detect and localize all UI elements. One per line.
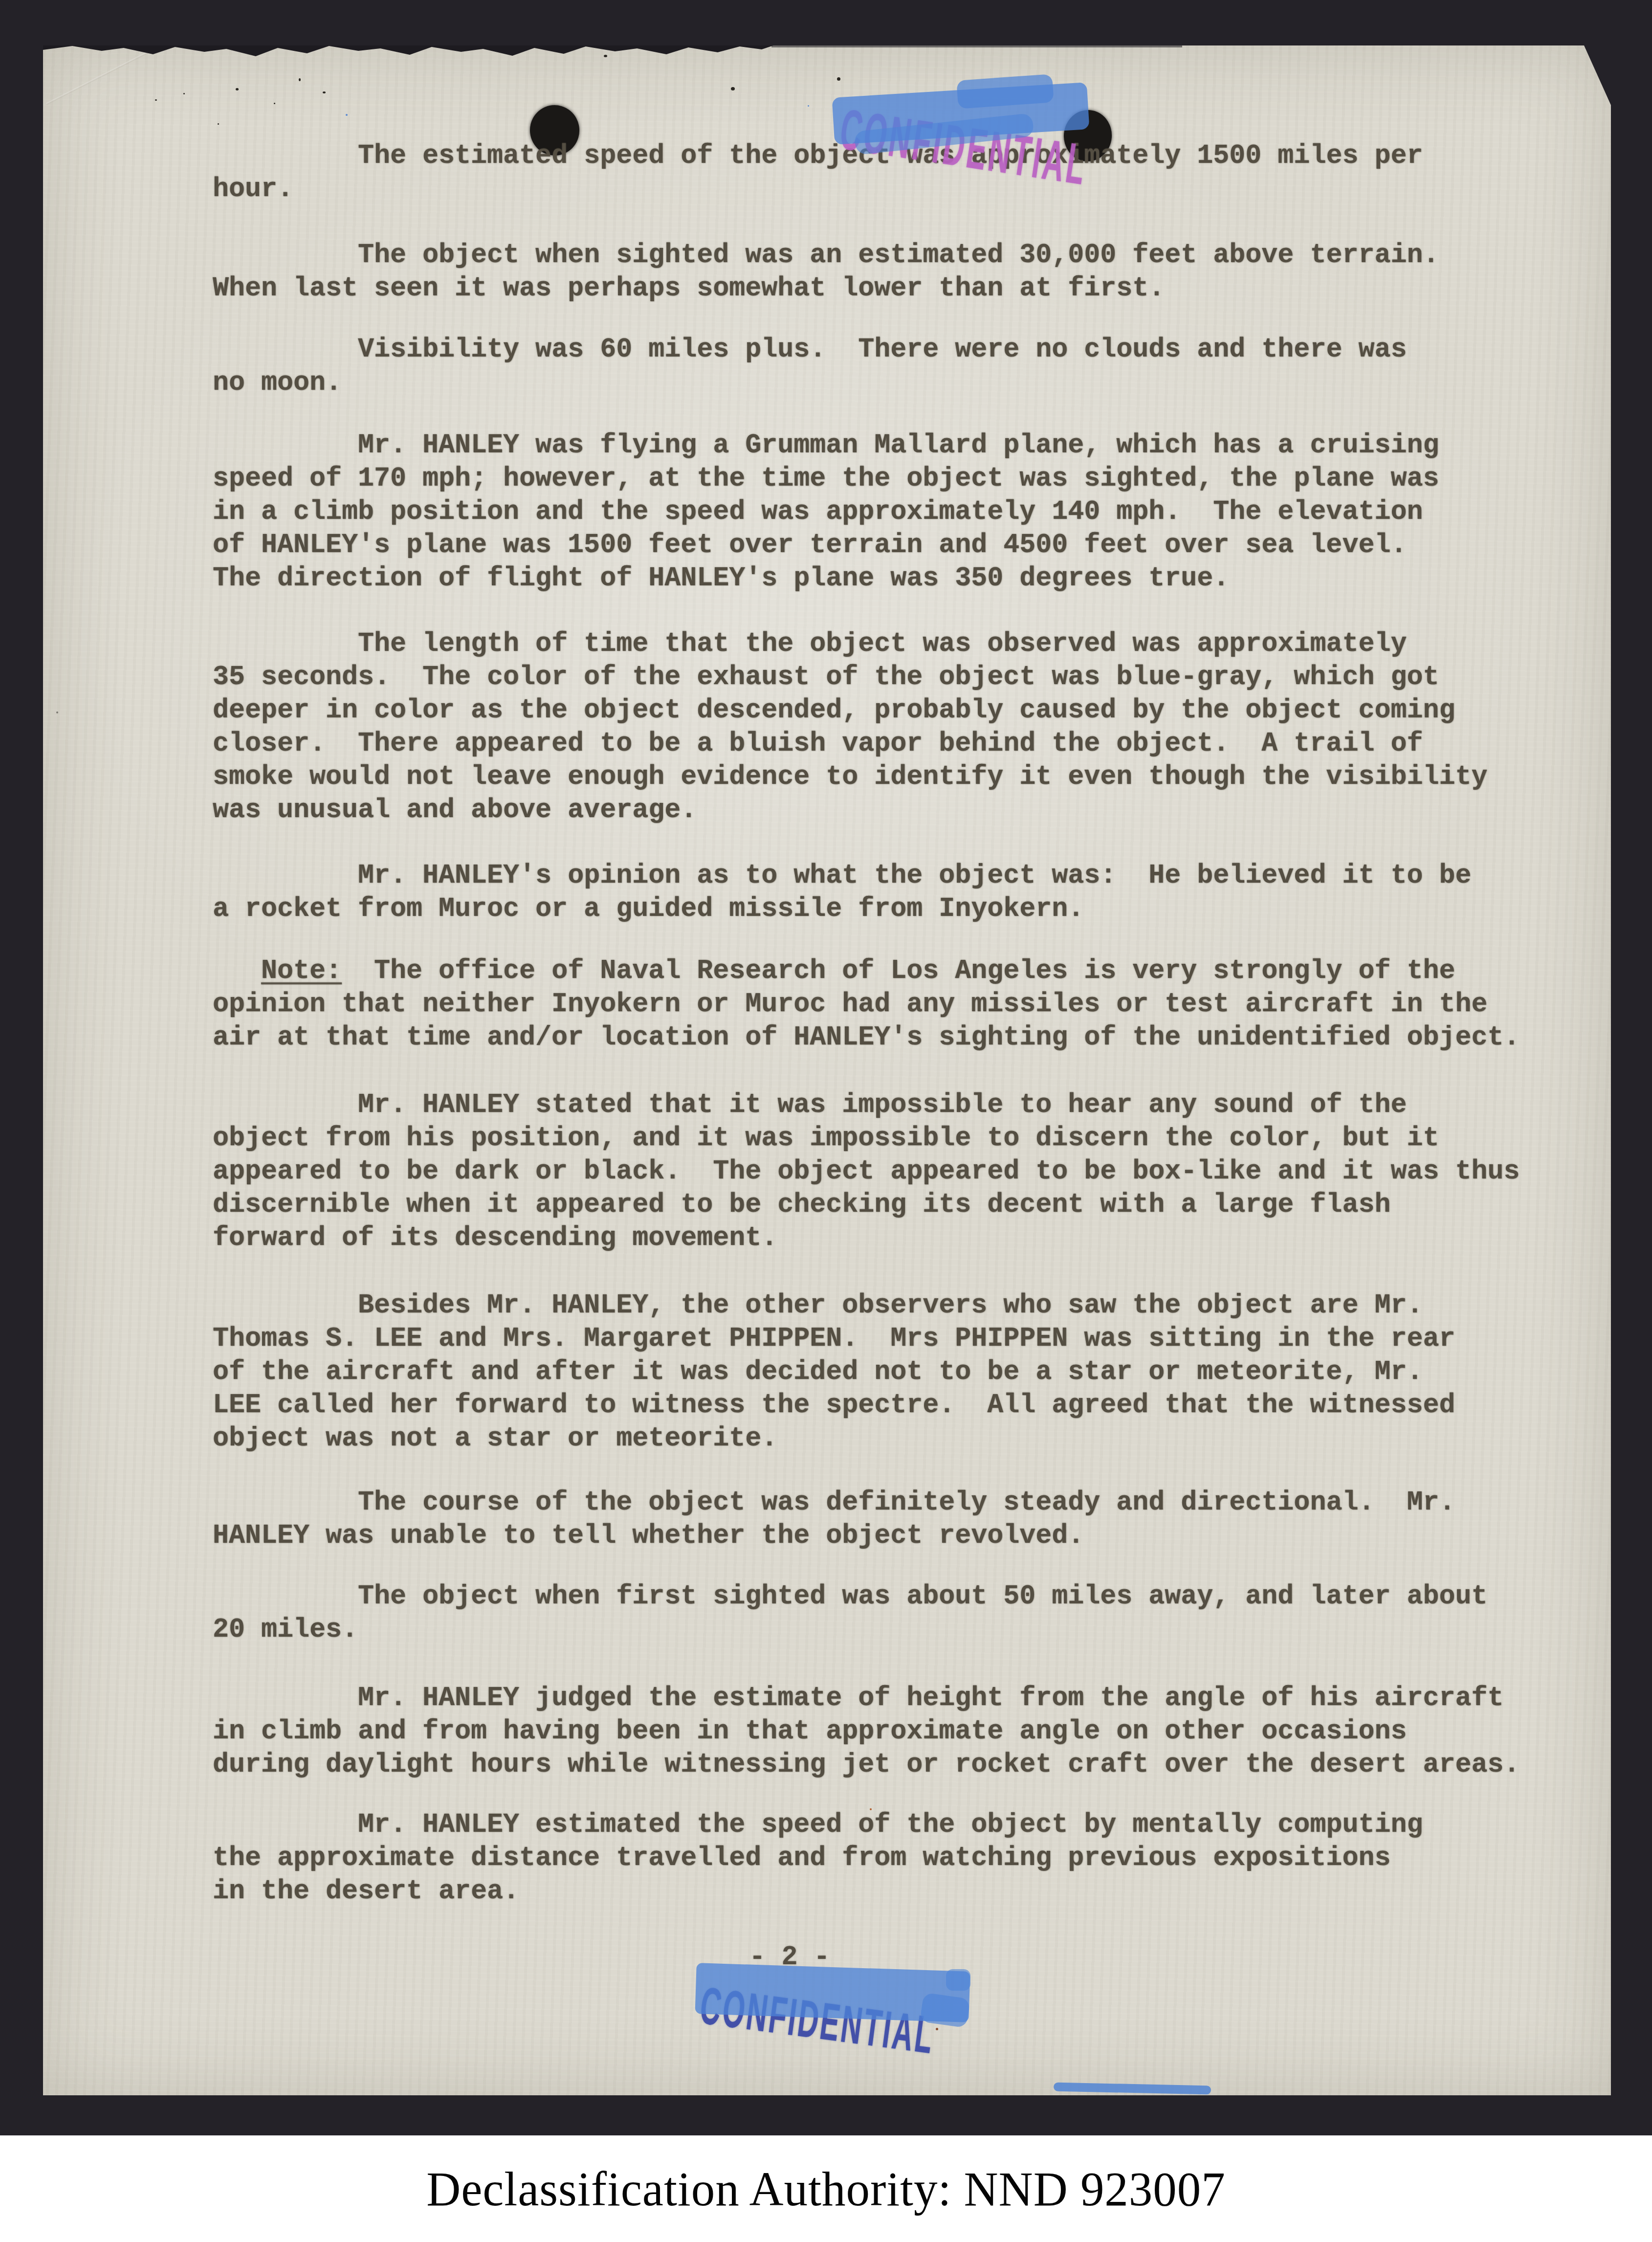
torn-top-edge [43,44,776,57]
paragraph: Mr. HANLEY's opinion as to what the obje… [213,859,1591,926]
declassification-footer: Declassification Authority: NND 923007 [0,2135,1652,2242]
ink-speck [155,99,157,101]
ink-speck [56,711,58,713]
paragraph: Besides Mr. HANLEY, the other observers … [213,1289,1591,1455]
note-paragraph: Note: The office of Naval Research of Lo… [213,955,1591,1054]
paragraph: Mr. HANLEY judged the estimate of height… [213,1682,1591,1781]
note-label: Note: [261,955,342,986]
note-indent [213,955,261,986]
ink-speck [731,87,735,90]
ink-speck [604,55,607,57]
paragraph: The length of time that the object was o… [213,627,1591,827]
declassification-footer-text: Declassification Authority: NND 923007 [426,2161,1225,2217]
paragraph: Mr. HANLEY estimated the speed of the ob… [213,1808,1591,1908]
paragraph: The course of the object was definitely … [213,1486,1591,1553]
blue-ink-speck [808,105,809,107]
ink-speck [323,91,326,93]
ink-speck [274,103,275,104]
paragraph: Mr. HANLEY stated that it was impossible… [213,1088,1591,1255]
ink-speck [218,123,219,125]
confidential-stamp-bottom: CONFIDENTIAL [696,1967,972,2028]
paragraph: Mr. HANLEY was flying a Grumman Mallard … [213,429,1591,595]
blue-marker-stroke [946,1969,970,1991]
blue-ink-speck [346,114,348,116]
note-text: The office of Naval Research of Los Ange… [213,955,1520,1053]
ink-speck [299,78,301,81]
torn-top-edge-faint [771,44,1182,47]
ink-speck [183,93,185,94]
confidential-stamp-top: CONFIDENTIAL [836,83,1086,152]
ink-speck [837,77,840,81]
scanned-document: CONFIDENTIAL The estimated speed of the … [0,0,1652,2242]
paragraph: Visibility was 60 miles plus. There were… [213,333,1591,400]
ink-speck [236,88,239,90]
document-page: CONFIDENTIAL The estimated speed of the … [43,45,1611,2095]
paragraph: The object when first sighted was about … [213,1580,1591,1646]
paragraph: The object when sighted was an estimated… [213,239,1591,305]
